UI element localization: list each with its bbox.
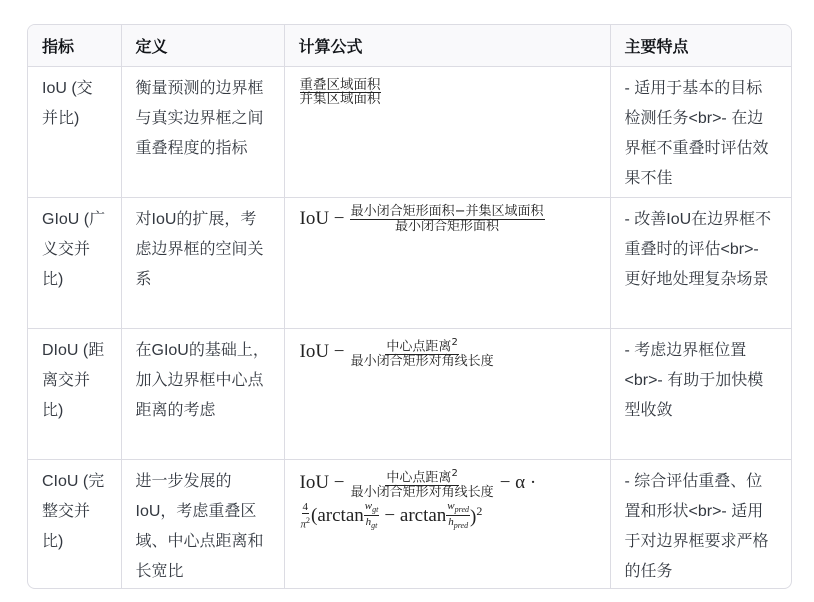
- fraction-denominator: 并集区域面积: [300, 93, 381, 105]
- exponent: 2: [451, 337, 457, 348]
- pred-ratio-fraction: wpred hpred: [446, 501, 470, 531]
- features-cell: - 适用于基本的目标检测任务<br>- 在边界框不重叠时评估效果不佳: [610, 66, 791, 197]
- gt-ratio-fraction: wgt hgt: [364, 501, 380, 531]
- metrics-table-container: 指标 定义 计算公式 主要特点 IoU (交并比) 衡量预测的边界框与真实边界框…: [27, 24, 792, 589]
- close-paren: )2: [470, 504, 482, 528]
- table-row: DIoU (距离交并比) 在GIoU的基础上，加入边界框中心点距离的考虑 IoU…: [28, 328, 791, 459]
- fraction-numerator: 最小闭合矩形面积−并集区域面积: [350, 206, 545, 220]
- subscript: gt: [371, 521, 377, 530]
- metric-cell: DIoU (距离交并比): [28, 328, 121, 459]
- table-row: CIoU (完整交并比) 进一步发展的IoU，考虑重叠区域、中心点距离和长宽比 …: [28, 459, 791, 589]
- metric-cell: GIoU (广义交并比): [28, 197, 121, 328]
- formula-prefix: IoU −: [300, 472, 345, 494]
- subscript: gt: [372, 505, 378, 514]
- numerator-text: 中心点距离: [386, 339, 451, 354]
- coef-denominator: π2: [300, 514, 312, 531]
- features-cell: - 综合评估重叠、位置和形状<br>- 适用于对边界框要求严格的任务: [610, 459, 791, 589]
- formula-prefix: IoU −: [300, 341, 345, 363]
- header-definition: 定义: [121, 25, 284, 66]
- iou-metrics-table: 指标 定义 计算公式 主要特点 IoU (交并比) 衡量预测的边界框与真实边界框…: [28, 25, 791, 589]
- w-symbol: w: [447, 500, 454, 512]
- table-row: IoU (交并比) 衡量预测的边界框与真实边界框之间重叠程度的指标 重叠区域面积…: [28, 66, 791, 197]
- w-symbol: w: [365, 500, 372, 512]
- definition-cell: 衡量预测的边界框与真实边界框之间重叠程度的指标: [121, 66, 284, 197]
- formula-cell: IoU − 中心点距离2 最小闭合矩形对角线长度: [284, 328, 610, 459]
- exponent: 2: [306, 516, 310, 525]
- table-header-row: 指标 定义 计算公式 主要特点: [28, 25, 791, 66]
- w-gt: wgt: [364, 501, 380, 516]
- fraction-denominator: 最小闭合矩形对角线长度: [350, 486, 495, 499]
- formula-line-1: IoU − 中心点距离2 最小闭合矩形对角线长度 − α ·: [300, 468, 596, 499]
- formula-suffix: − α ·: [500, 472, 537, 494]
- arctan-open: (arctan: [311, 505, 364, 527]
- fraction-denominator: 最小闭合矩形对角线长度: [350, 355, 495, 368]
- formula-line-2: 4 π2 (arctan wgt hgt − arctan wpred hpre…: [300, 501, 596, 531]
- coef-numerator: 4: [302, 502, 310, 514]
- header-formula: 计算公式: [284, 25, 610, 66]
- exponent: 2: [451, 468, 457, 479]
- metric-cell: CIoU (完整交并比): [28, 459, 121, 589]
- numerator-text: 中心点距离: [386, 470, 451, 485]
- header-metric: 指标: [28, 25, 121, 66]
- exponent: 2: [476, 504, 482, 518]
- h-gt: hgt: [365, 516, 379, 531]
- formula-line: IoU − 最小闭合矩形面积−并集区域面积 最小闭合矩形面积: [300, 206, 596, 233]
- w-pred: wpred: [446, 501, 470, 516]
- giou-fraction: 最小闭合矩形面积−并集区域面积 最小闭合矩形面积: [350, 206, 545, 233]
- iou-fraction: 重叠区域面积 并集区域面积: [300, 79, 381, 105]
- diou-fraction: 中心点距离2 最小闭合矩形对角线长度: [350, 337, 495, 368]
- header-features: 主要特点: [610, 25, 791, 66]
- definition-cell: 对IoU的扩展，考虑边界框的空间关系: [121, 197, 284, 328]
- metric-cell: IoU (交并比): [28, 66, 121, 197]
- formula-cell: IoU − 中心点距离2 最小闭合矩形对角线长度 − α · 4 π2 (arc…: [284, 459, 610, 589]
- subscript: pred: [454, 521, 468, 530]
- ciou-distance-fraction: 中心点距离2 最小闭合矩形对角线长度: [350, 468, 495, 499]
- features-cell: - 考虑边界框位置<br>- 有助于加快模型收敛: [610, 328, 791, 459]
- table-row: GIoU (广义交并比) 对IoU的扩展，考虑边界框的空间关系 IoU − 最小…: [28, 197, 791, 328]
- formula-prefix: IoU −: [300, 208, 345, 230]
- formula-cell: 重叠区域面积 并集区域面积: [284, 66, 610, 197]
- subscript: pred: [455, 505, 469, 514]
- features-cell: - 改善IoU在边界框不重叠时的评估<br>- 更好地处理复杂场景: [610, 197, 791, 328]
- fraction-denominator: 最小闭合矩形面积: [394, 220, 500, 233]
- definition-cell: 在GIoU的基础上，加入边界框中心点距离的考虑: [121, 328, 284, 459]
- formula-line: IoU − 中心点距离2 最小闭合矩形对角线长度: [300, 337, 596, 368]
- definition-cell: 进一步发展的IoU，考虑重叠区域、中心点距离和长宽比: [121, 459, 284, 589]
- formula-cell: IoU − 最小闭合矩形面积−并集区域面积 最小闭合矩形面积: [284, 197, 610, 328]
- arctan-minus: − arctan: [384, 505, 446, 527]
- h-pred: hpred: [447, 516, 469, 531]
- fraction-numerator: 中心点距离2: [385, 337, 458, 355]
- fraction-numerator: 中心点距离2: [385, 468, 458, 486]
- coefficient-fraction: 4 π2: [300, 502, 312, 531]
